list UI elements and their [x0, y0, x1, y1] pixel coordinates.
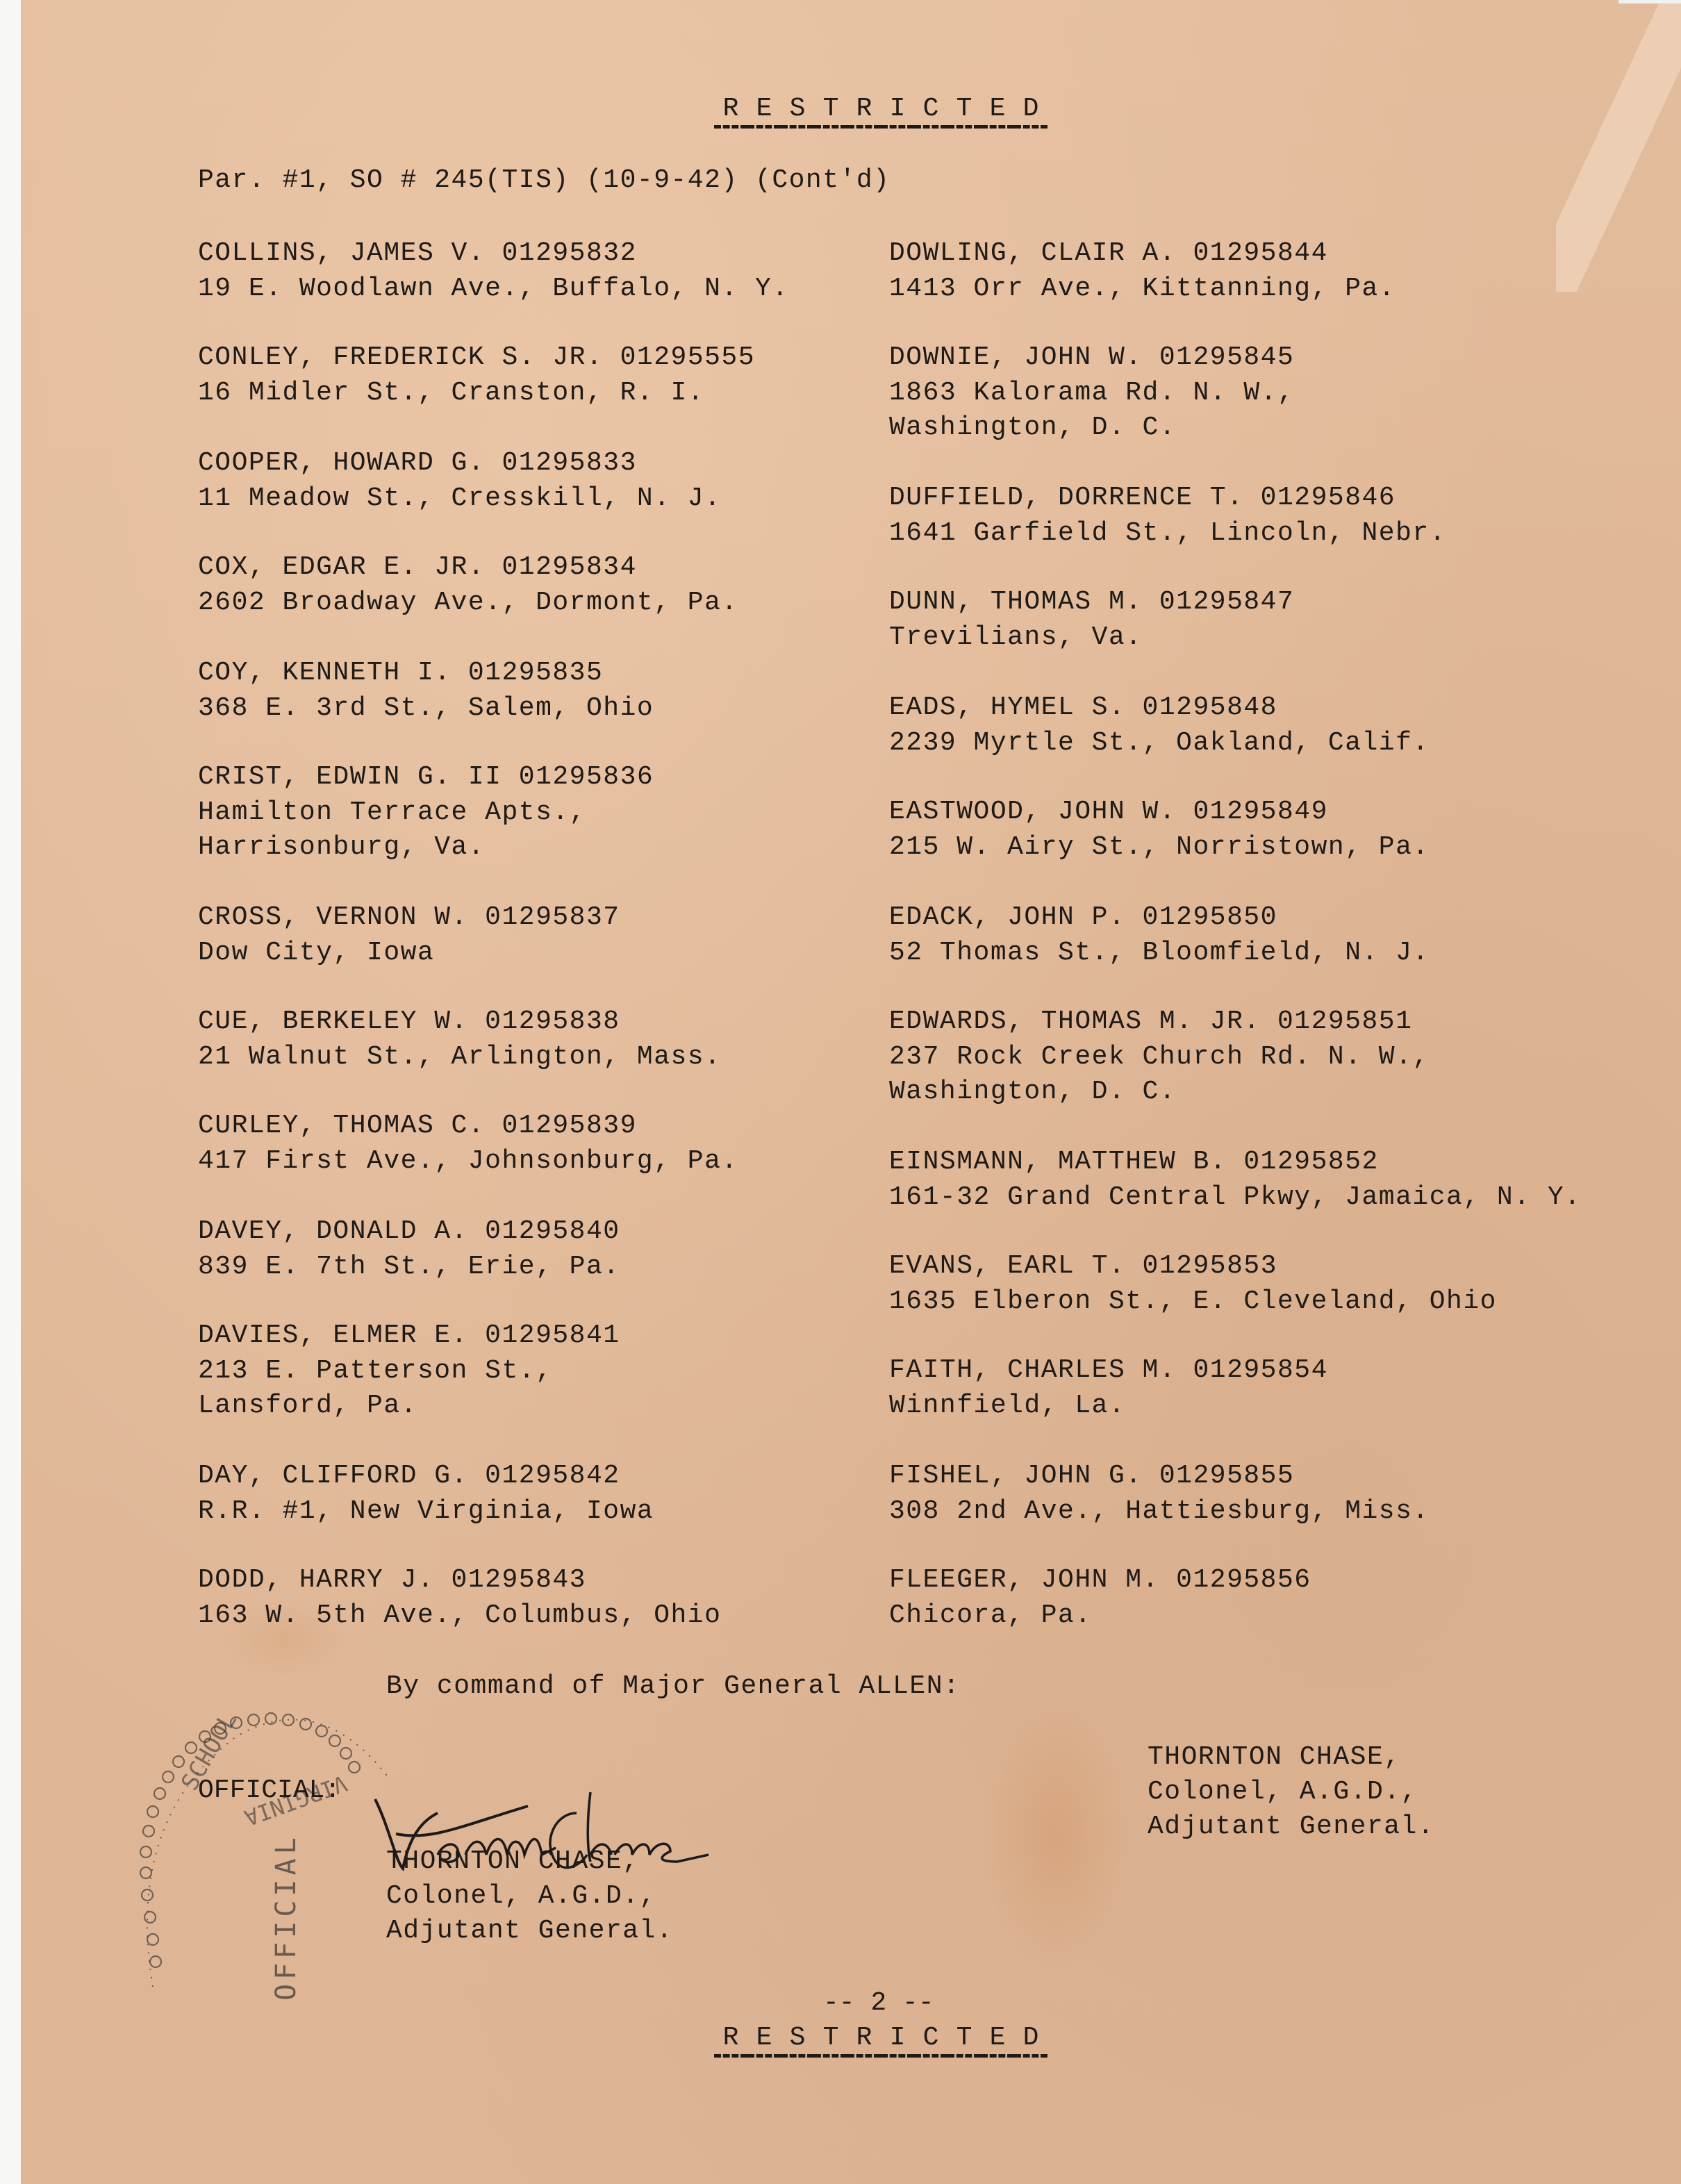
classification-letter: E [981, 2023, 1014, 2058]
official-label: OFFICIAL: [198, 1773, 340, 1808]
header-classification: RESTRICTED [714, 94, 1047, 129]
roster-entry: COOPER, HOWARD G. 0129583311 Meadow St.,… [198, 446, 721, 516]
officer-address: 52 Thomas St., Bloomfield, N. J. [889, 936, 1430, 971]
classification-letter: D [1014, 2023, 1047, 2058]
roster-entry: COLLINS, JAMES V. 0129583219 E. Woodlawn… [198, 236, 789, 306]
roster-entry: DAVIES, ELMER E. 01295841213 E. Patterso… [198, 1318, 620, 1424]
officer-address: 1413 Orr Ave., Kittanning, Pa. [889, 272, 1396, 307]
roster-entry: DUNN, THOMAS M. 01295847Trevilians, Va. [889, 585, 1294, 655]
officer-address: Chicora, Pa. [889, 1598, 1311, 1634]
officer-address: 417 First Ave., Johnsonburg, Pa. [198, 1144, 738, 1180]
officer-address: Dow City, Iowa [198, 936, 620, 971]
signer-block-right: THORNTON CHASE, Colonel, A.G.D., Adjutan… [1148, 1740, 1434, 1844]
officer-name-serial: EASTWOOD, JOHN W. 01295849 [889, 795, 1430, 830]
page-fold [1556, 0, 1681, 292]
officer-address: 215 W. Airy St., Norristown, Pa. [889, 830, 1430, 866]
roster-entry: CUE, BERKELEY W. 0129583821 Walnut St., … [198, 1004, 721, 1075]
officer-name-serial: COOPER, HOWARD G. 01295833 [198, 446, 721, 481]
classification-letter: T [814, 94, 847, 129]
officer-address: 1635 Elberon St., E. Cleveland, Ohio [889, 1284, 1497, 1320]
classification-letter: E [981, 94, 1014, 129]
officer-name-serial: FLEEGER, JOHN M. 01295856 [889, 1563, 1311, 1598]
roster-entry: FLEEGER, JOHN M. 01295856Chicora, Pa. [889, 1563, 1311, 1633]
officer-address: 161-32 Grand Central Pkwy, Jamaica, N. Y… [889, 1180, 1581, 1216]
officer-address: Harrisonburg, Va. [198, 830, 654, 866]
officer-name-serial: CRIST, EDWIN G. II 01295836 [198, 760, 654, 795]
officer-name-serial: COLLINS, JAMES V. 01295832 [198, 236, 789, 272]
officer-address: Washington, D. C. [889, 411, 1294, 446]
roster-entry: CURLEY, THOMAS C. 01295839417 First Ave.… [198, 1109, 738, 1179]
officer-name-serial: COY, KENNETH I. 01295835 [198, 656, 654, 691]
officer-name-serial: DOWLING, CLAIR A. 01295844 [889, 236, 1396, 272]
roster-entry: FAITH, CHARLES M. 01295854Winnfield, La. [889, 1353, 1328, 1423]
officer-name-serial: EDWARDS, THOMAS M. JR. 01295851 [889, 1004, 1430, 1040]
signer-name: THORNTON CHASE, [1148, 1740, 1434, 1775]
signer-rank: Colonel, A.G.D., [386, 1879, 673, 1914]
roster-entry: DAY, CLIFFORD G. 01295842R.R. #1, New Vi… [198, 1459, 654, 1529]
roster-entry: EASTWOOD, JOHN W. 01295849215 W. Airy St… [889, 795, 1430, 865]
roster-entry: EDWARDS, THOMAS M. JR. 01295851237 Rock … [889, 1004, 1430, 1110]
officer-address: 19 E. Woodlawn Ave., Buffalo, N. Y. [198, 272, 789, 307]
officer-name-serial: DUFFIELD, DORRENCE T. 01295846 [889, 481, 1446, 516]
classification-letter: T [947, 2023, 981, 2058]
officer-address: Hamilton Terrace Apts., [198, 795, 654, 831]
officer-address: R.R. #1, New Virginia, Iowa [198, 1494, 654, 1530]
roster-entry: COY, KENNETH I. 01295835368 E. 3rd St., … [198, 656, 654, 726]
officer-name-serial: EINSMANN, MATTHEW B. 01295852 [889, 1145, 1581, 1180]
officer-name-serial: CONLEY, FREDERICK S. JR. 01295555 [198, 340, 755, 376]
classification-letter: R [714, 94, 747, 129]
classification-letter: D [1014, 94, 1047, 129]
classification-letter: I [881, 2023, 914, 2058]
roster-entry: CONLEY, FREDERICK S. JR. 0129555516 Midl… [198, 340, 755, 411]
page-fold-edge [1618, 0, 1681, 3]
roster-entry: EADS, HYMEL S. 012958482239 Myrtle St., … [889, 690, 1430, 761]
officer-address: Washington, D. C. [889, 1075, 1430, 1110]
roster-entry: DUFFIELD, DORRENCE T. 012958461641 Garfi… [889, 481, 1446, 551]
officer-address: 1641 Garfield St., Lincoln, Nebr. [889, 516, 1446, 552]
officer-address: 21 Walnut St., Arlington, Mass. [198, 1040, 721, 1075]
classification-letter: S [781, 2023, 814, 2058]
classification-letter: R [847, 94, 881, 129]
officer-address: 368 E. 3rd St., Salem, Ohio [198, 691, 654, 727]
roster-entry: DODD, HARRY J. 01295843163 W. 5th Ave., … [198, 1563, 721, 1633]
officer-name-serial: FAITH, CHARLES M. 01295854 [889, 1353, 1328, 1389]
roster-entry: EINSMANN, MATTHEW B. 01295852161-32 Gran… [889, 1145, 1581, 1215]
officer-name-serial: CROSS, VERNON W. 01295837 [198, 900, 620, 936]
roster-entry: CROSS, VERNON W. 01295837Dow City, Iowa [198, 900, 620, 970]
officer-address: 2239 Myrtle St., Oakland, Calif. [889, 726, 1430, 761]
svg-text:OFFICIAL: OFFICIAL [270, 1833, 302, 2001]
classification-letter: R [714, 2023, 747, 2058]
officer-address: 163 W. 5th Ave., Columbus, Ohio [198, 1598, 721, 1634]
officer-name-serial: EDACK, JOHN P. 01295850 [889, 900, 1430, 936]
roster-entry: EDACK, JOHN P. 0129585052 Thomas St., Bl… [889, 900, 1430, 970]
officer-address: 308 2nd Ave., Hattiesburg, Miss. [889, 1494, 1430, 1530]
paper-stain [979, 1695, 1132, 1973]
signer-title: Adjutant General. [386, 1914, 673, 1949]
classification-letter: I [881, 94, 914, 129]
officer-name-serial: EVANS, EARL T. 01295853 [889, 1249, 1497, 1284]
officer-address: 237 Rock Creek Church Rd. N. W., [889, 1040, 1430, 1075]
page-number: -- 2 -- [823, 1988, 934, 2018]
officer-address: 2602 Broadway Ave., Dormont, Pa. [198, 586, 738, 621]
officer-name-serial: DAVIES, ELMER E. 01295841 [198, 1318, 620, 1354]
signer-rank: Colonel, A.G.D., [1148, 1775, 1434, 1810]
officer-name-serial: DODD, HARRY J. 01295843 [198, 1563, 721, 1598]
classification-letter: E [747, 94, 781, 129]
classification-letter: T [947, 94, 981, 129]
classification-letter: C [914, 94, 947, 129]
roster-entry: FISHEL, JOHN G. 01295855308 2nd Ave., Ha… [889, 1459, 1430, 1529]
officer-name-serial: CUE, BERKELEY W. 01295838 [198, 1004, 721, 1040]
officer-name-serial: DOWNIE, JOHN W. 01295845 [889, 340, 1294, 376]
officer-address: 1863 Kalorama Rd. N. W., [889, 376, 1294, 411]
officer-address: Trevilians, Va. [889, 620, 1294, 656]
officer-name-serial: COX, EDGAR E. JR. 01295834 [198, 550, 738, 586]
footer-classification: RESTRICTED [714, 2023, 1047, 2058]
officer-name-serial: CURLEY, THOMAS C. 01295839 [198, 1109, 738, 1144]
officer-address: Winnfield, La. [889, 1389, 1328, 1424]
roster-entry: DAVEY, DONALD A. 01295840839 E. 7th St.,… [198, 1214, 620, 1284]
roster-entry: CRIST, EDWIN G. II 01295836Hamilton Terr… [198, 760, 654, 866]
signer-block-left: THORNTON CHASE, Colonel, A.G.D., Adjutan… [386, 1844, 673, 1949]
roster-entry: COX, EDGAR E. JR. 012958342602 Broadway … [198, 550, 738, 620]
classification-letter: R [847, 2023, 881, 2058]
officer-name-serial: DAY, CLIFFORD G. 01295842 [198, 1459, 654, 1494]
classification-letter: C [914, 2023, 947, 2058]
officer-address: 11 Meadow St., Cresskill, N. J. [198, 481, 721, 517]
officer-address: 16 Midler St., Cranston, R. I. [198, 376, 755, 411]
classification-letter: E [747, 2023, 781, 2058]
officer-name-serial: EADS, HYMEL S. 01295848 [889, 690, 1430, 726]
officer-name-serial: DUNN, THOMAS M. 01295847 [889, 585, 1294, 620]
officer-address: 213 E. Patterson St., [198, 1354, 620, 1389]
officer-address: 839 E. 7th St., Erie, Pa. [198, 1250, 620, 1285]
paragraph-reference: Par. #1, SO # 245(TIS) (10-9-42) (Cont'd… [198, 163, 890, 198]
officer-name-serial: DAVEY, DONALD A. 01295840 [198, 1214, 620, 1250]
officer-address: Lansford, Pa. [198, 1389, 620, 1424]
signer-title: Adjutant General. [1148, 1810, 1434, 1844]
classification-letter: T [814, 2023, 847, 2058]
roster-entry: EVANS, EARL T. 012958531635 Elberon St.,… [889, 1249, 1497, 1319]
roster-entry: DOWLING, CLAIR A. 012958441413 Orr Ave.,… [889, 236, 1396, 306]
roster-entry: DOWNIE, JOHN W. 012958451863 Kalorama Rd… [889, 340, 1294, 446]
classification-letter: S [781, 94, 814, 129]
officer-name-serial: FISHEL, JOHN G. 01295855 [889, 1459, 1430, 1494]
signer-name: THORNTON CHASE, [386, 1844, 673, 1879]
